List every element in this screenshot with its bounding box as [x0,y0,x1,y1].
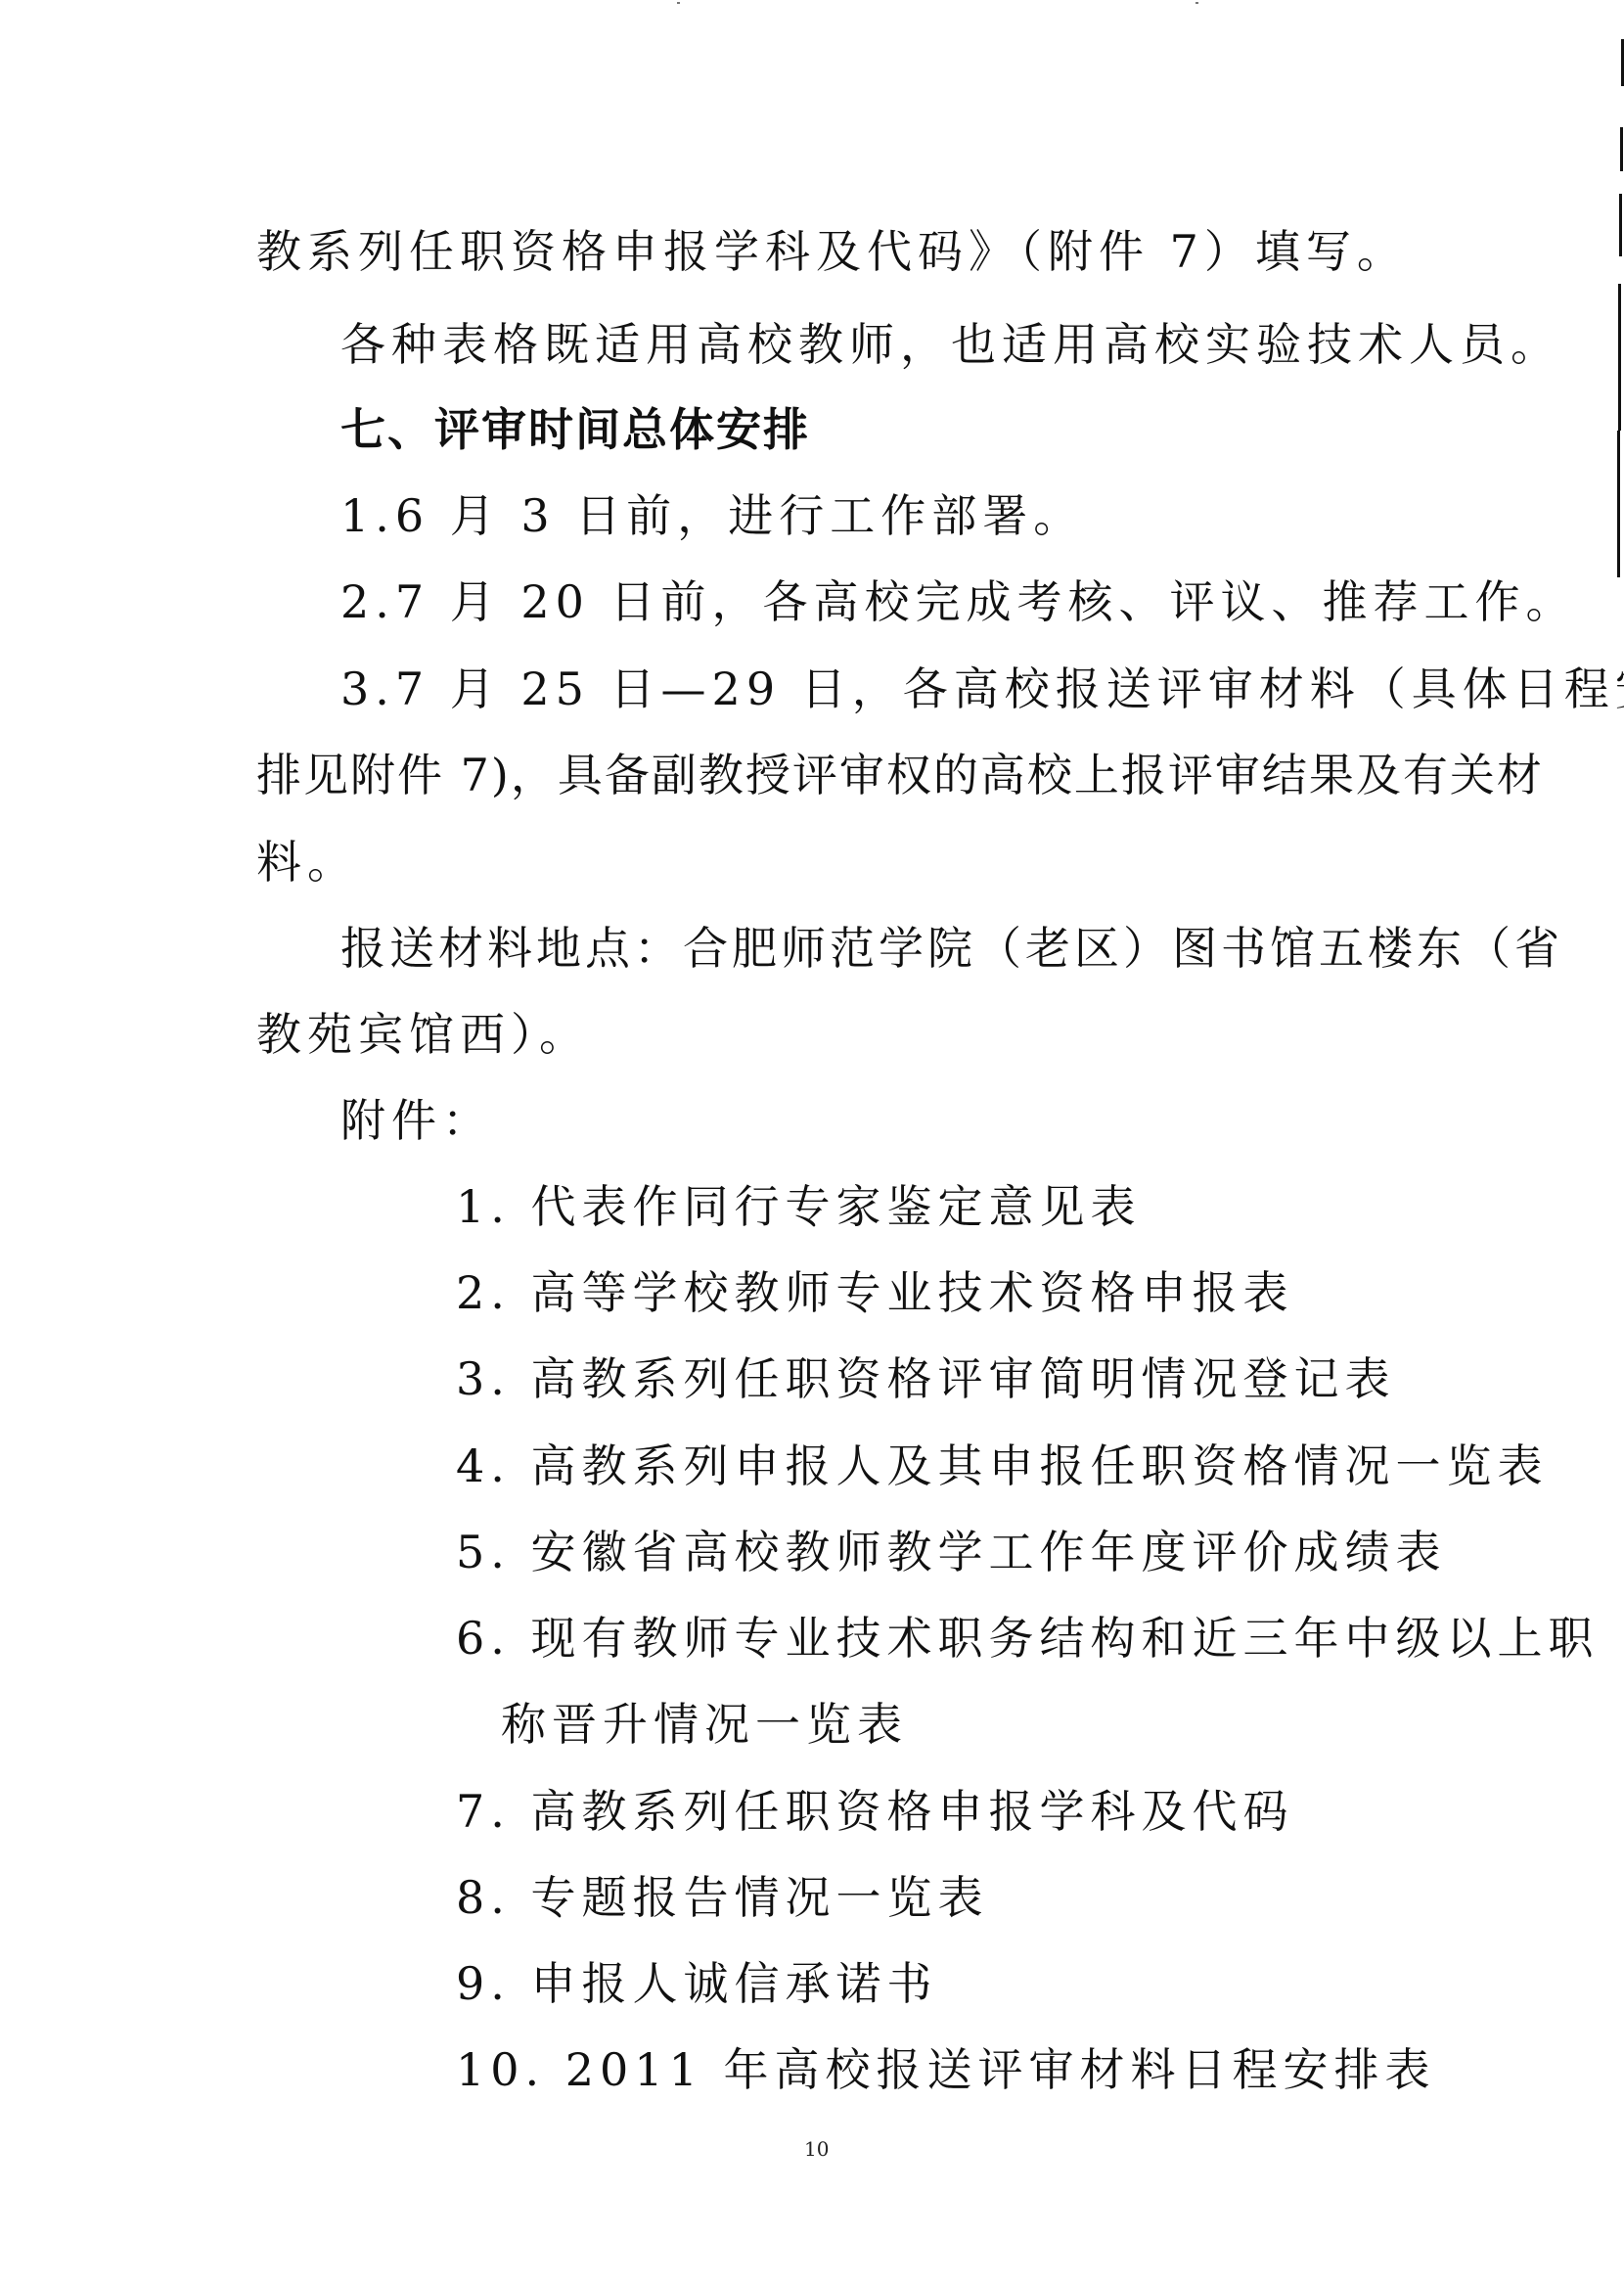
schedule-item-1: 1.6 月 3 日前，进行工作部署。 [340,487,1084,544]
attachment-item-6-line-1: 6. 现有教师专业技术职务结构和近三年中级以上职 [456,1610,1600,1667]
attachments-label: 附件： [340,1092,493,1149]
scan-edge-mark [1617,431,1620,577]
submission-location-line-2: 教苑宾馆西）。 [256,1006,590,1063]
document-page: 教系列任职资格申报学科及代码》（附件 7）填写。 各种表格既适用高校教师，也适用… [0,0,1624,2284]
attachment-item-10: 10. 2011 年高校报送评审材料日程安排表 [456,2041,1435,2098]
section-heading-schedule: 七、评审时间总体安排 [340,401,810,458]
attachment-item-8: 8. 专题报告情况一览表 [456,1869,989,1926]
schedule-item-2: 2.7 月 20 日前，各高校完成考核、评议、推荐工作。 [340,573,1577,630]
paragraph-continuation: 教系列任职资格申报学科及代码》（附件 7）填写。 [256,223,1408,280]
attachment-item-6-line-2: 称晋升情况一览表 [501,1696,908,1753]
scan-edge-mark [1620,127,1623,171]
attachment-item-4: 4. 高教系列申报人及其申报任职资格情况一览表 [456,1438,1549,1494]
attachment-item-7: 7. 高教系列任职资格申报学科及代码 [456,1783,1294,1840]
attachment-item-9: 9. 申报人诚信承诺书 [456,1955,938,2012]
attachment-item-5: 5. 安徽省高校教师教学工作年度评价成绩表 [456,1524,1447,1580]
submission-location-line-1: 报送材料地点：合肥师范学院（老区）图书馆五楼东（省 [340,920,1563,977]
scan-edge-mark [1618,284,1621,431]
schedule-item-3-line-1: 3.7 月 25 日—29 日，各高校报送评审材料（具体日程安 [340,661,1624,717]
scan-speck [677,2,680,4]
page-number: 10 [804,2137,829,2161]
attachment-item-1: 1. 代表作同行专家鉴定意见表 [456,1178,1142,1235]
attachment-item-2: 2. 高等学校教师专业技术资格申报表 [456,1264,1294,1321]
schedule-item-3-line-3: 料。 [256,834,358,891]
paragraph-forms-applicability: 各种表格既适用高校教师，也适用高校实验技术人员。 [340,316,1561,373]
schedule-item-3-line-2: 排见附件 7)，具备副教授评审权的高校上报评审结果及有关材 [256,747,1544,803]
scan-edge-mark [1619,194,1622,256]
attachment-item-3: 3. 高教系列任职资格评审简明情况登记表 [456,1350,1396,1407]
scan-speck [1195,2,1198,4]
